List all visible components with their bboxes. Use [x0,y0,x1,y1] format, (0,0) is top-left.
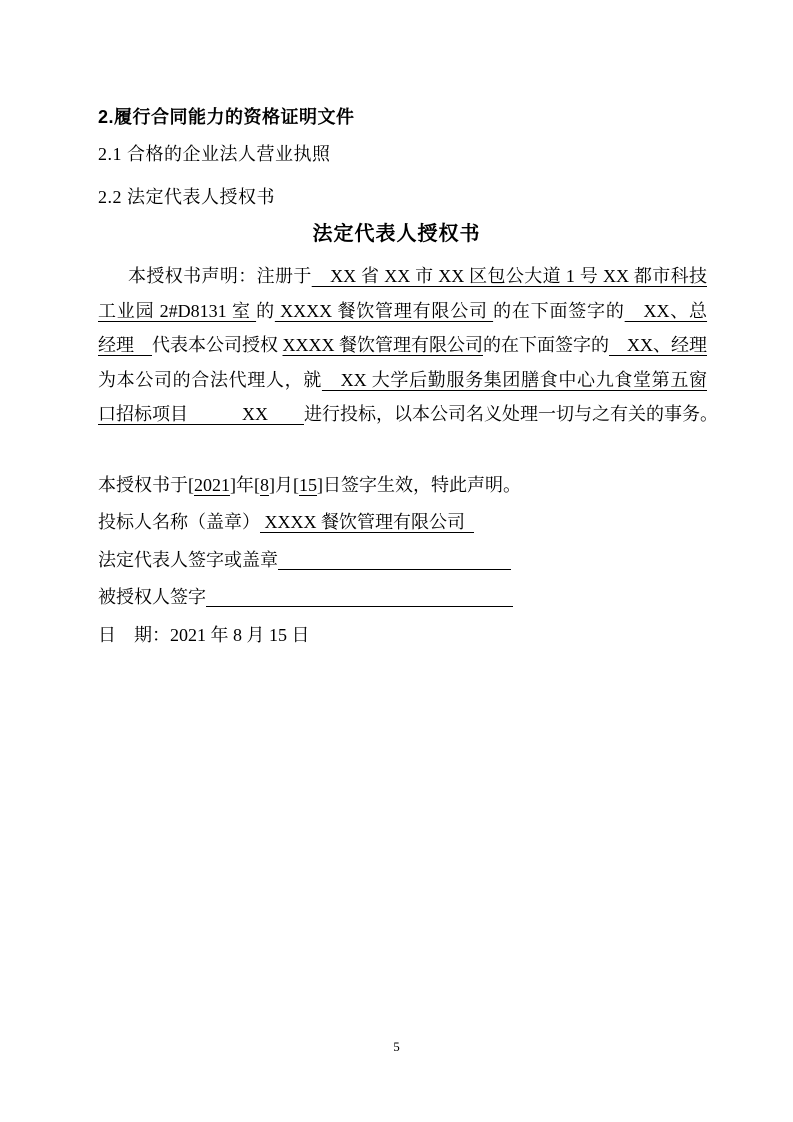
text-segment: 的在下面签字的 [493,301,625,321]
text-segment: ]月[ [269,475,299,495]
filled-field-principal: XX、总 [625,301,707,321]
bidder-name-line: 投标人名称（盖章） XXXX 餐饮管理有限公司 [98,509,707,535]
page-number: 5 [0,1039,793,1055]
text-segment: 的在下面签字的 [483,335,609,355]
filled-field-address: XX 省 XX 市 XX 区包公大道 1 号 XX 都市科技 [312,266,707,286]
filled-field-agent: XX、经理 [609,335,707,355]
subsection-heading-2-1: 2.1 合格的企业法人营业执照 [98,140,331,166]
year-field: 2021 [194,475,230,495]
statement-line-4: 为本公司的合法代理人，就 XX 大学后勤服务集团膳食中心九食堂第五窗 [98,363,707,398]
text-segment: 进行投标，以本公司名义处理一切与之有关的事务。 [304,404,718,424]
statement-line-3: 经理 代表本公司授权 XXXX 餐饮管理有限公司的在下面签字的 XX、经理 [98,328,707,363]
authorization-statement-paragraph: 本授权书声明：注册于 XX 省 XX 市 XX 区包公大道 1 号 XX 都市科… [98,259,707,432]
effective-date-line: 本授权书于[2021]年[8]月[15]日签字生效，特此声明。 [98,472,707,498]
subsection-heading-2-2: 2.2 法定代表人授权书 [98,183,275,209]
legal-rep-signature-blank [278,551,511,570]
text-segment: 为本公司的合法代理人，就 [98,370,322,390]
text-segment: ]年[ [230,475,260,495]
legal-rep-signature-line: 法定代表人签字或盖章 [98,547,707,573]
document-page: 2.履行合同能力的资格证明文件 2.1 合格的企业法人营业执照 2.2 法定代表… [0,0,793,1122]
filled-field-company-2: XXXX 餐饮管理有限公司 [283,335,484,355]
text-segment: ]日签字生效，特此声明。 [317,475,521,495]
filled-field-company: XXXX 餐饮管理有限公司 [275,301,493,321]
month-field: 8 [260,475,269,495]
legal-rep-signature-label: 法定代表人签字或盖章 [98,550,278,570]
statement-line-1: 本授权书声明：注册于 XX 省 XX 市 XX 区包公大道 1 号 XX 都市科… [98,259,707,294]
filled-field-project-cont: 口招标项目 XX [98,404,304,424]
statement-line-2: 工业园 2#D8131 室 的 XXXX 餐饮管理有限公司 的在下面签字的 XX… [98,294,707,329]
bidder-name-field: XXXX 餐饮管理有限公司 [260,512,474,532]
text-segment: 本授权书声明：注册于 [128,266,312,286]
authorized-person-signature-label: 被授权人签字 [98,587,206,607]
date-line: 日 期：2021 年 8 月 15 日 [98,622,707,648]
statement-line-5: 口招标项目 XX 进行投标，以本公司名义处理一切与之有关的事务。 [98,397,707,432]
authorized-person-signature-blank [206,588,513,607]
document-title: 法定代表人授权书 [0,217,793,246]
text-segment: 的 [256,301,275,321]
bidder-name-label: 投标人名称（盖章） [98,512,260,532]
day-field: 15 [299,475,317,495]
filled-field-principal-cont: 经理 [98,335,152,355]
filled-field-project: XX 大学后勤服务集团膳食中心九食堂第五窗 [322,370,707,390]
text-segment: 本授权书于[ [98,475,194,495]
authorized-person-signature-line: 被授权人签字 [98,584,707,610]
filled-field-address-cont: 工业园 2#D8131 室 [98,301,256,321]
section-heading: 2.履行合同能力的资格证明文件 [98,103,355,129]
text-segment: 代表本公司授权 [152,335,283,355]
